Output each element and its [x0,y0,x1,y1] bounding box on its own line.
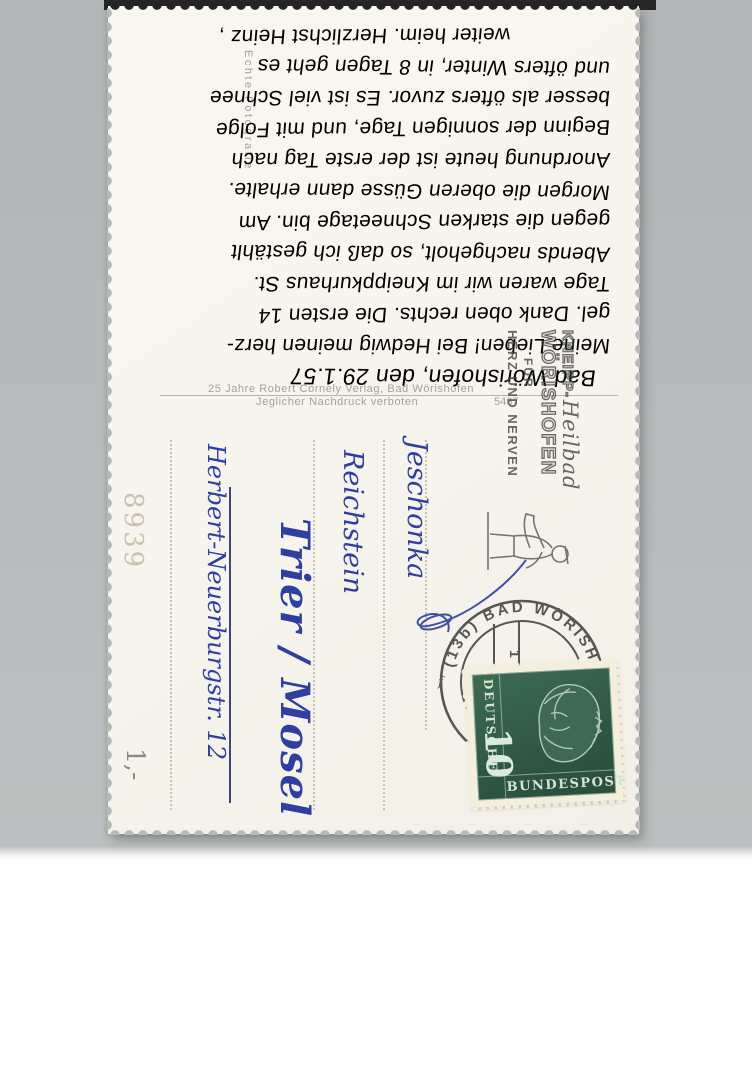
message-line: Beginn der sonnigen Tage, und mit Folge [143,111,612,145]
slogan-woerishofen: WÖRISHOFEN [535,330,559,508]
slogan-heilbad-script: Heilbad [561,400,578,491]
message-line: gegen die starken Schneetage bin. Am [143,204,612,238]
address-rule-3 [383,440,385,810]
deckle-edge-right [633,6,640,834]
message-line: weiter heim. Herzlichst Heinz , [143,18,612,52]
stamp-panel: DEUTSCHE 10 BUNDESPOST [472,667,616,800]
address-name2: Reichstein [337,450,368,594]
message-line: Anordnung heute ist der erste Tag nach [142,144,611,175]
postage-stamp: DEUTSCHE 10 BUNDESPOST [464,660,623,808]
background-fade [0,846,752,860]
address-rule-1 [170,440,172,810]
address-street: Herbert-Neuerburgstr. 12 [202,444,230,760]
message-line: und öfters Winter, in 8 Tagen geht es [142,49,612,83]
slogan-fuer: FÜR [520,358,535,508]
deckle-edge-bottom [108,828,639,835]
slogan-kneipp: KNEIPP- [559,330,576,398]
postmark-index-letter: f [437,675,445,690]
stamp-denomination: 10 [476,727,521,779]
message-line: Tage waren wir im Kneippkurhaus St. [142,268,611,299]
pencil-catalog-number: 8939 [118,492,148,570]
publisher-imprint-line2: Jeglicher Nachdruck verboten [256,396,418,408]
slogan-cancel: KNEIPP- Heilbad WÖRISHOFEN FÜR HERZ UND … [442,330,578,580]
message-line: gel. Dank oben rechts. Die ersten 14 [143,297,612,331]
heuss-portrait [507,671,612,780]
slogan-herz-und-nerven: HERZ UND NERVEN [504,330,520,508]
address-city: Trier / Mosel [271,518,318,817]
message-line: besser als öfters zuvor. Es ist viel Sch… [142,82,611,113]
deckle-edge-left [107,6,114,834]
message-line: Abends nachgeholt, so daß ich gestählt [142,235,612,269]
message-line: Morgen die oberen Güsse dann erhalte. [142,173,612,207]
slogan-text-block: KNEIPP- Heilbad WÖRISHOFEN FÜR HERZ UND … [504,330,578,508]
postcard: Echte Fotografie 25 Jahre Robert Cornely… [108,6,639,834]
stamp-perforation-bottom [472,800,624,812]
ink-flourish [408,554,568,664]
pencil-price-note: 1,- [121,748,150,780]
lower-white-area [0,860,752,1072]
